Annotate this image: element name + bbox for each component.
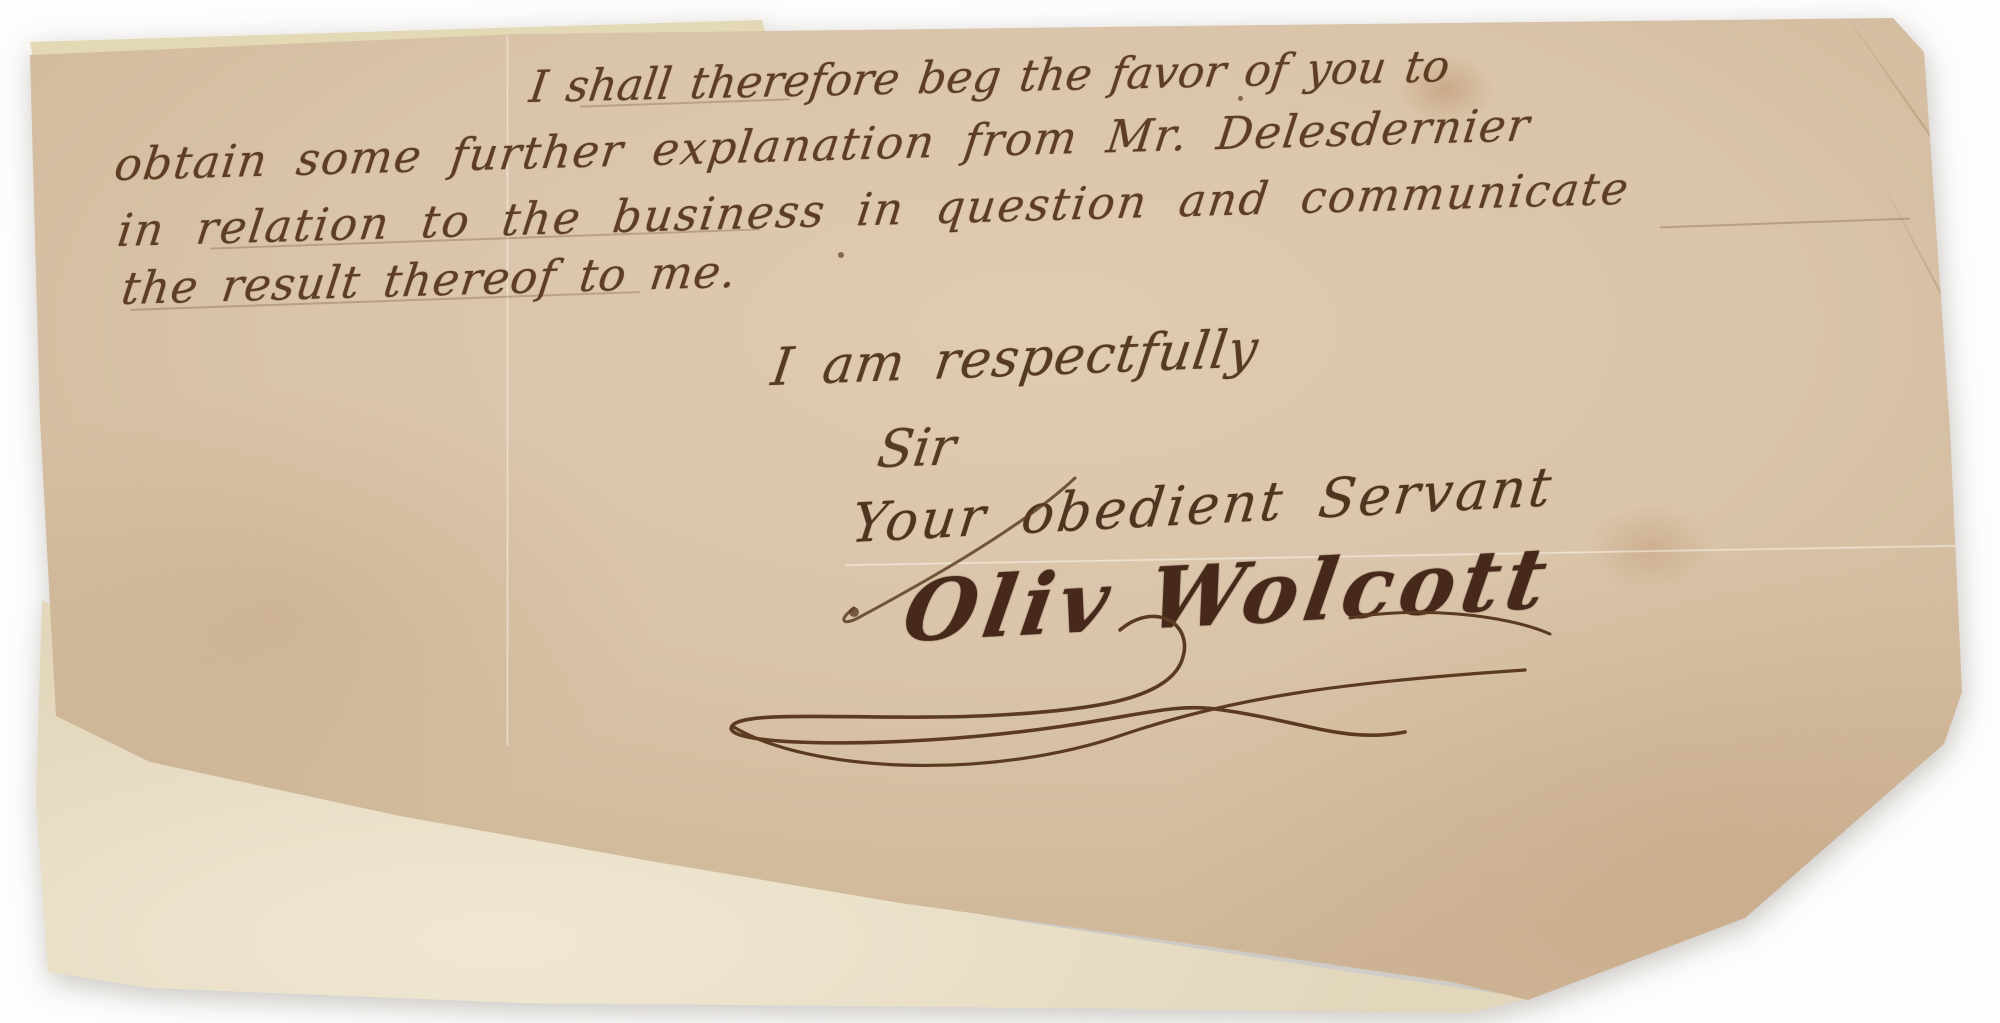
signature-flourish	[690, 612, 1570, 792]
corner-crease-2	[1874, 168, 2000, 434]
body-line-1: I shall therefore beg the favor of you t…	[527, 41, 1453, 113]
body-line-4: the result thereof to me.	[119, 245, 741, 315]
photo-canvas: I shall therefore beg the favor of you t…	[0, 0, 2000, 1023]
faint-pen-line	[1660, 218, 1910, 229]
corner-crease-1	[1833, 0, 2000, 244]
closing-line-respectfully: I am respectfully	[768, 319, 1263, 398]
paper-stack: I shall therefore beg the favor of you t…	[0, 0, 2000, 1023]
ink-speck	[838, 252, 844, 258]
